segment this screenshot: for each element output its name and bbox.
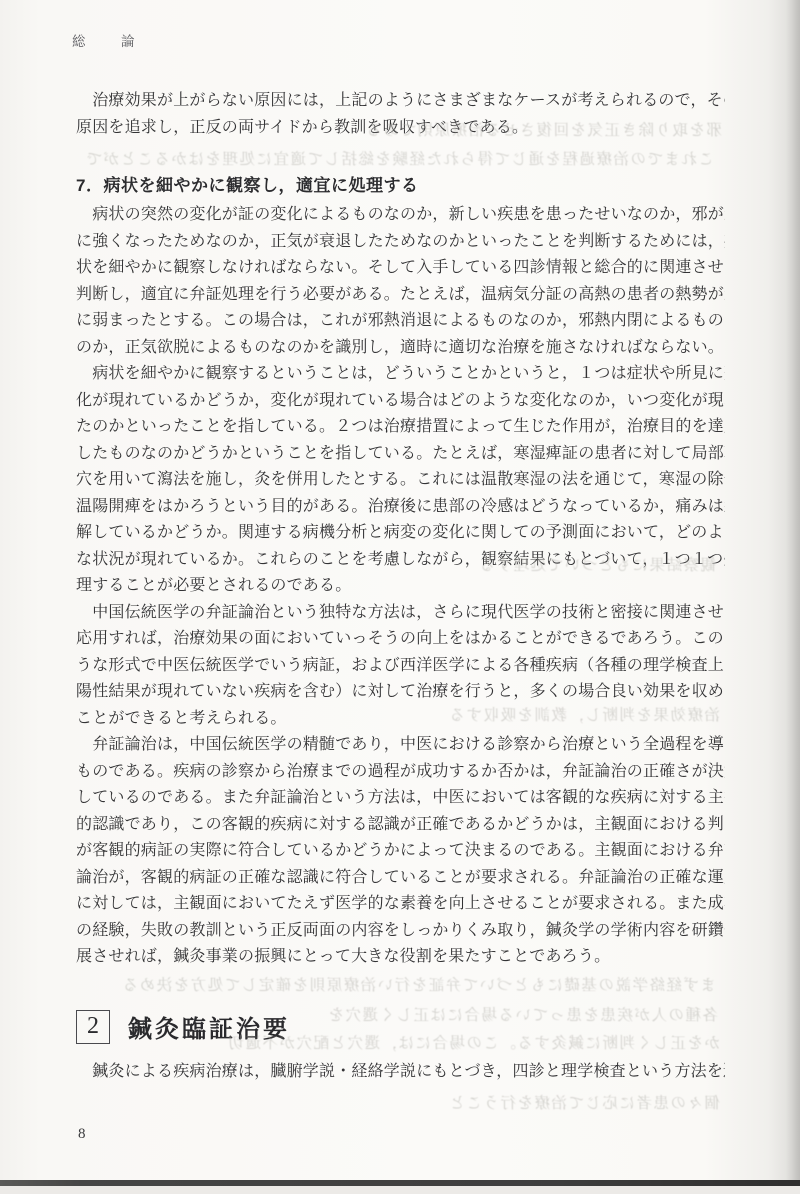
body-text-line: 理することが必要とされるのである。	[76, 573, 725, 600]
page-number: 8	[78, 1126, 86, 1143]
subsection-heading: 7．病状を細やかに観察し，適宜に処理する	[76, 172, 725, 199]
body-text-line: 穴を用いて瀉法を施し，灸を併用したとする。これには温散寒湿の法を通じて，寒湿の除…	[76, 467, 725, 494]
body-text-line: 中国伝統医学の弁証論治という独特な方法は，さらに現代医学の技術と密接に関連させて	[76, 600, 725, 627]
body-text-line: ものである。疾病の診察から治療までの過程が成功するか否かは，弁証論治の正確さが決…	[76, 759, 725, 786]
body-text-line: のか，正気欲脱によるものなのかを識別し，適時に適切な治療を施さなければならない。	[76, 335, 725, 362]
paragraph: 中国伝統医学の弁証論治という独特な方法は，さらに現代医学の技術と密接に関連させて…	[76, 600, 725, 733]
body-text-line: ことができると考えられる。	[76, 706, 725, 733]
body-text-line: 的認識であり，この客観的疾病に対する認識が正確であるかどうかは，主観面における判…	[76, 812, 725, 839]
scan-right-edge-shade	[786, 0, 800, 1194]
body-text-line: うな形式で中医伝統医学でいう病証，および西洋医学による各種疾病（各種の理学検査上…	[76, 653, 725, 680]
body-text-line: 弁証論治は，中国伝統医学の精髄であり，中医における診察から治療という全過程を導く	[76, 732, 725, 759]
body-text-line: 病状の突然の変化が証の変化によるものなのか，新しい疾患を患ったせいなのか，邪が急	[76, 202, 725, 229]
paragraph: 治療効果が上がらない原因には，上記のようにさまざまなケースが考えられるので，その…	[76, 88, 725, 141]
body-text-line: に対しては，主観面においてたえず医学的な素養を向上させることが要求される。また成…	[76, 891, 725, 918]
body-text-line: 展させれば，鍼灸事業の振興にとって大きな役割を果たすことであろう。	[76, 944, 725, 971]
body-text-line: したものなのかどうかということを指している。たとえば，寒湿痺証の患者に対して局部…	[76, 441, 725, 468]
body-text-line: 論治が，客観的病証の正確な認識に符合していることが要求される。弁証論治の正確な運…	[76, 865, 725, 892]
body-text-line: 治療効果が上がらない原因には，上記のようにさまざまなケースが考えられるので，その	[76, 88, 725, 115]
body-text-line: 鍼灸による疾病治療は，臓腑学説・経絡学説にもとづき，四診と理学検査という方法を運	[76, 1059, 725, 1086]
body-text-line: 応用すれば，治療効果の面においていっそうの向上をはかることができるであろう。この…	[76, 626, 725, 653]
paragraph: 病状を細やかに観察するということは，どういうことかというと，１つは症状や所見に変…	[76, 361, 725, 600]
section-number-box: 2	[76, 1010, 110, 1044]
body-text-line: しているのである。また弁証論治という方法は，中医においては客観的な疾病に対する主…	[76, 785, 725, 812]
body-text-line: 判断し，適宜に弁証処理を行う必要がある。たとえば，温病気分証の高熱の患者の熱勢が…	[76, 282, 725, 309]
scanned-book-page: 総 論 治療効果が上がらない原因には，上記のようにさまざまなケースが考えられるの…	[0, 0, 800, 1194]
body-text-line: の経験，失敗の教訓という正反両面の内容をしっかりくみ取り，鍼灸学の学術内容を研鑽…	[76, 918, 725, 945]
section-heading: 2鍼灸臨証治要	[76, 1007, 725, 1047]
body-text-line: 陽性結果が現れていない疾病を含む）に対して治療を行うと，多くの場合良い効果を収め…	[76, 679, 725, 706]
body-text-line: が客観的病証の実際に符合しているかどうかによって決まるのである。主観面における弁…	[76, 838, 725, 865]
body-text-line: 状を細やかに観察しなければならない。そして入手している四診情報と総合的に関連させ…	[76, 255, 725, 282]
body-text-line: 化が現れているかどうか，変化が現れている場合はどのような変化なのか，いつ変化が現…	[76, 388, 725, 415]
body-text-line: 原因を追求し，正反の両サイドから教訓を吸収すべきである。	[76, 115, 725, 142]
body-text-line: たのかといったことを指している。２つは治療措置によって生じた作用が，治療目的を達…	[76, 414, 725, 441]
running-header: 総 論	[72, 30, 146, 50]
paragraph: 病状の突然の変化が証の変化によるものなのか，新しい疾患を患ったせいなのか，邪が急…	[76, 202, 725, 361]
paragraph: 鍼灸による疾病治療は，臓腑学説・経絡学説にもとづき，四診と理学検査という方法を運	[76, 1059, 725, 1086]
body-text-line: に強くなったためなのか，正気が衰退したためなのかといったことを判断するためには，…	[76, 229, 725, 256]
text-column: 治療効果が上がらない原因には，上記のようにさまざまなケースが考えられるので，その…	[76, 88, 725, 1085]
body-text-line: 病状を細やかに観察するということは，どういうことかというと，１つは症状や所見に変	[76, 361, 725, 388]
body-text-line: 温陽開痺をはかろうという目的がある。治療後に患部の冷感はどうなっているか，痛みは…	[76, 494, 725, 521]
bleedthrough-text: 個々の患者に応じて治療を行うこと	[290, 1094, 720, 1115]
body-text-line: な状況が現れているか。これらのことを考慮しながら，観察結果にもとづいて，１つ１つ…	[76, 547, 725, 574]
paragraph: 弁証論治は，中国伝統医学の精髄であり，中医における診察から治療という全過程を導く…	[76, 732, 725, 971]
body-text-line: に弱まったとする。この場合は，これが邪熱消退によるものなのか，邪熱内閉によるもの…	[76, 308, 725, 335]
body-text-line: 解しているかどうか。関連する病機分析と病変の変化に関しての予測面において，どのよ…	[76, 520, 725, 547]
section-title: 鍼灸臨証治要	[128, 1009, 290, 1044]
scan-below-edge-area	[0, 1186, 800, 1194]
